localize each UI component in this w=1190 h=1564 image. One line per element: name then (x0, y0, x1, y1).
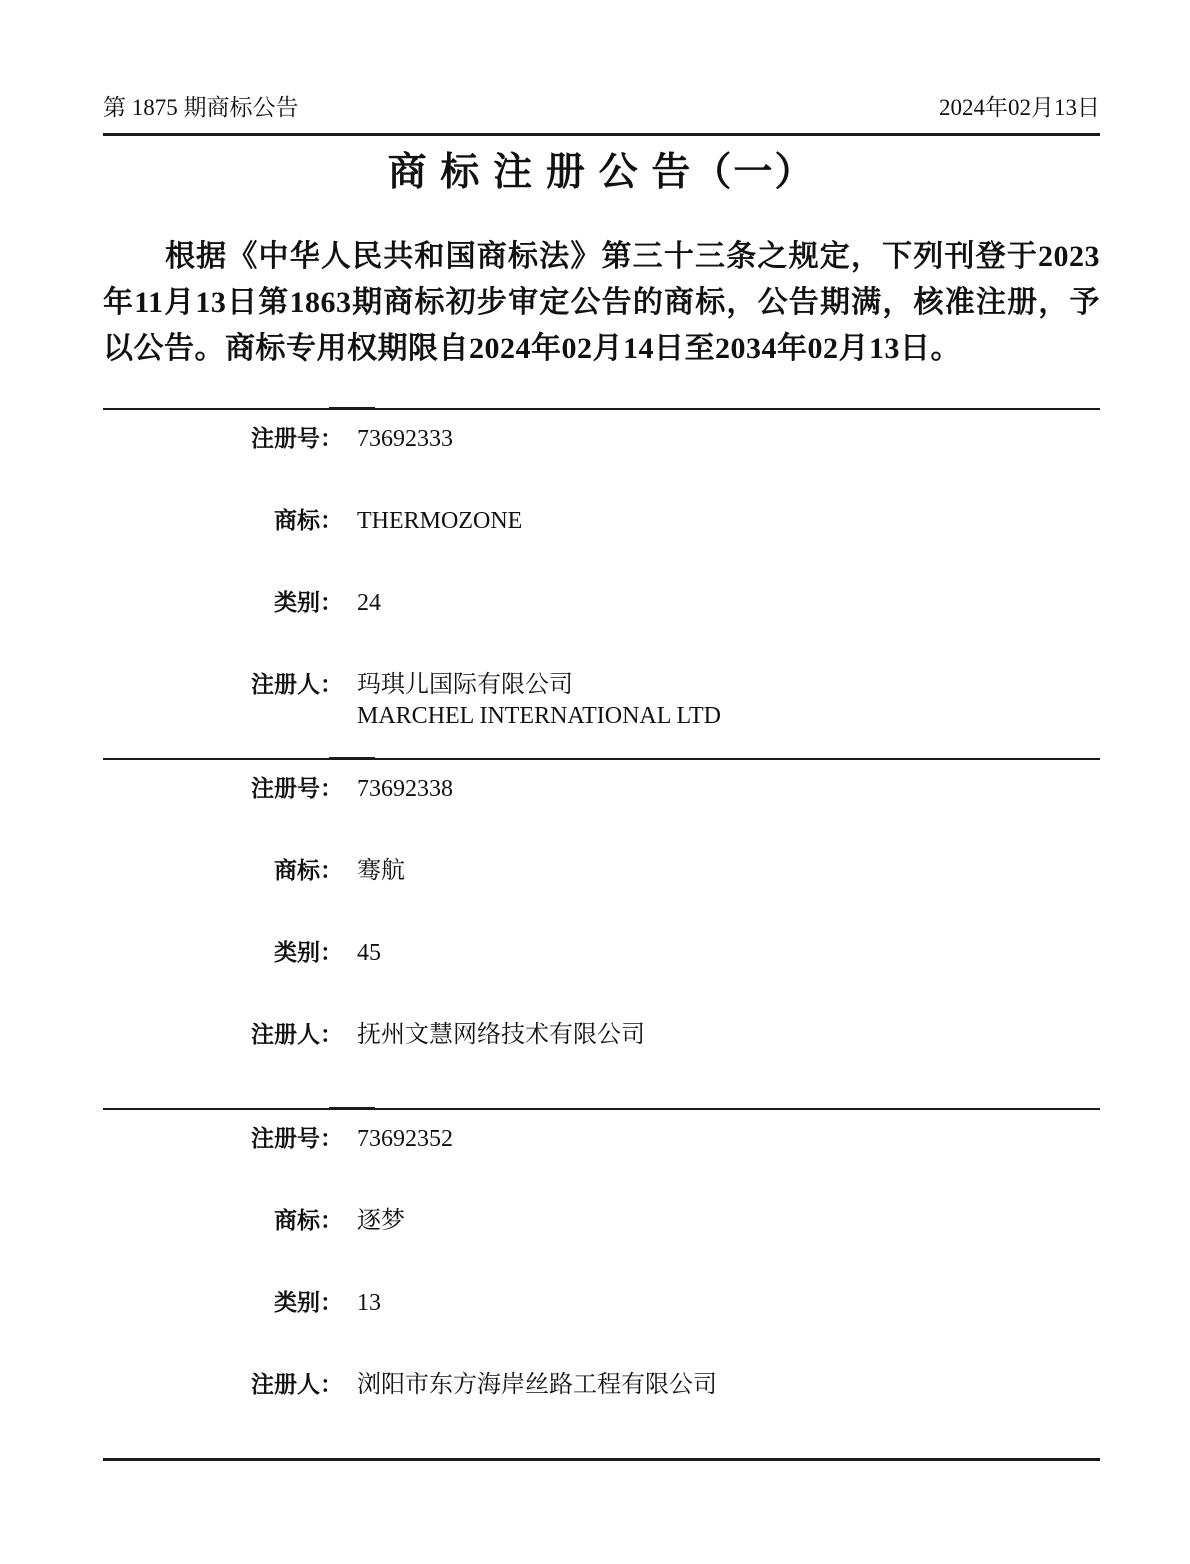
registrant-value: 浏阳市东方海岸丝路工程有限公司 (357, 1370, 717, 1400)
reg-no-value: 73692352 (357, 1124, 453, 1154)
category-label: 类别： (103, 1288, 343, 1318)
header-rule (103, 133, 1100, 136)
trademark-value: 骞航 (357, 856, 405, 886)
trademark-row: 商标： 骞航 (103, 856, 1100, 886)
gazette-page: 第 1875 期商标公告 2024年02月13日 商 标 注 册 公 告（一） … (0, 0, 1190, 1564)
category-value: 13 (357, 1288, 381, 1318)
category-value: 24 (357, 588, 381, 618)
reg-no-label: 注册号： (103, 1124, 343, 1154)
trademark-entries: 注册号： 73692333 商标： THERMOZONE 类别： 24 注册人：… (103, 408, 1100, 1461)
category-value: 45 (357, 938, 381, 968)
trademark-entry-2: 注册号： 73692338 商标： 骞航 类别： 45 注册人： 抚州文慧网络技… (103, 758, 1100, 1108)
registrant-label: 注册人： (103, 670, 343, 700)
intro-paragraph: 根据《中华人民共和国商标法》第三十三条之规定，下列刊登于2023年11月13日第… (103, 234, 1100, 372)
registrant-row: 注册人： 玛琪儿国际有限公司 MARCHEL INTERNATIONAL LTD (103, 670, 1100, 731)
page-title: 商 标 注 册 公 告（一） (103, 148, 1100, 198)
registrant-label: 注册人： (103, 1370, 343, 1400)
registrant-name-en: MARCHEL INTERNATIONAL LTD (357, 701, 721, 731)
category-row: 类别： 45 (103, 938, 1100, 968)
reg-no-row: 注册号： 73692352 (103, 1124, 1100, 1154)
trademark-entry-1: 注册号： 73692333 商标： THERMOZONE 类别： 24 注册人：… (103, 408, 1100, 758)
category-row: 类别： 13 (103, 1288, 1100, 1318)
registrant-value: 玛琪儿国际有限公司 MARCHEL INTERNATIONAL LTD (357, 670, 721, 731)
category-row: 类别： 24 (103, 588, 1100, 618)
reg-no-value: 73692333 (357, 424, 453, 454)
trademark-label: 商标： (103, 506, 343, 536)
header-issue: 第 1875 期商标公告 (103, 94, 299, 122)
trademark-label: 商标： (103, 1206, 343, 1236)
reg-no-row: 注册号： 73692333 (103, 424, 1100, 454)
reg-no-row: 注册号： 73692338 (103, 774, 1100, 804)
trademark-value: THERMOZONE (357, 506, 522, 536)
registrant-label: 注册人： (103, 1020, 343, 1050)
reg-no-value: 73692338 (357, 774, 453, 804)
registrant-name-cn: 抚州文慧网络技术有限公司 (357, 1020, 645, 1050)
page-content: 第 1875 期商标公告 2024年02月13日 商 标 注 册 公 告（一） … (103, 0, 1100, 1461)
trademark-entry-3: 注册号： 73692352 商标： 逐梦 类别： 13 注册人： 浏阳市东方海岸… (103, 1108, 1100, 1458)
registrant-name-cn: 浏阳市东方海岸丝路工程有限公司 (357, 1370, 717, 1400)
running-header: 第 1875 期商标公告 2024年02月13日 (103, 94, 1100, 122)
header-date: 2024年02月13日 (939, 94, 1100, 122)
trademark-label: 商标： (103, 856, 343, 886)
registrant-value: 抚州文慧网络技术有限公司 (357, 1020, 645, 1050)
reg-no-label: 注册号： (103, 424, 343, 454)
registrant-row: 注册人： 抚州文慧网络技术有限公司 (103, 1020, 1100, 1050)
category-label: 类别： (103, 938, 343, 968)
trademark-row: 商标： THERMOZONE (103, 506, 1100, 536)
trademark-row: 商标： 逐梦 (103, 1206, 1100, 1236)
trademark-value: 逐梦 (357, 1206, 405, 1236)
category-label: 类别： (103, 588, 343, 618)
reg-no-label: 注册号： (103, 774, 343, 804)
registrant-name-cn: 玛琪儿国际有限公司 (357, 670, 721, 700)
registrant-row: 注册人： 浏阳市东方海岸丝路工程有限公司 (103, 1370, 1100, 1400)
